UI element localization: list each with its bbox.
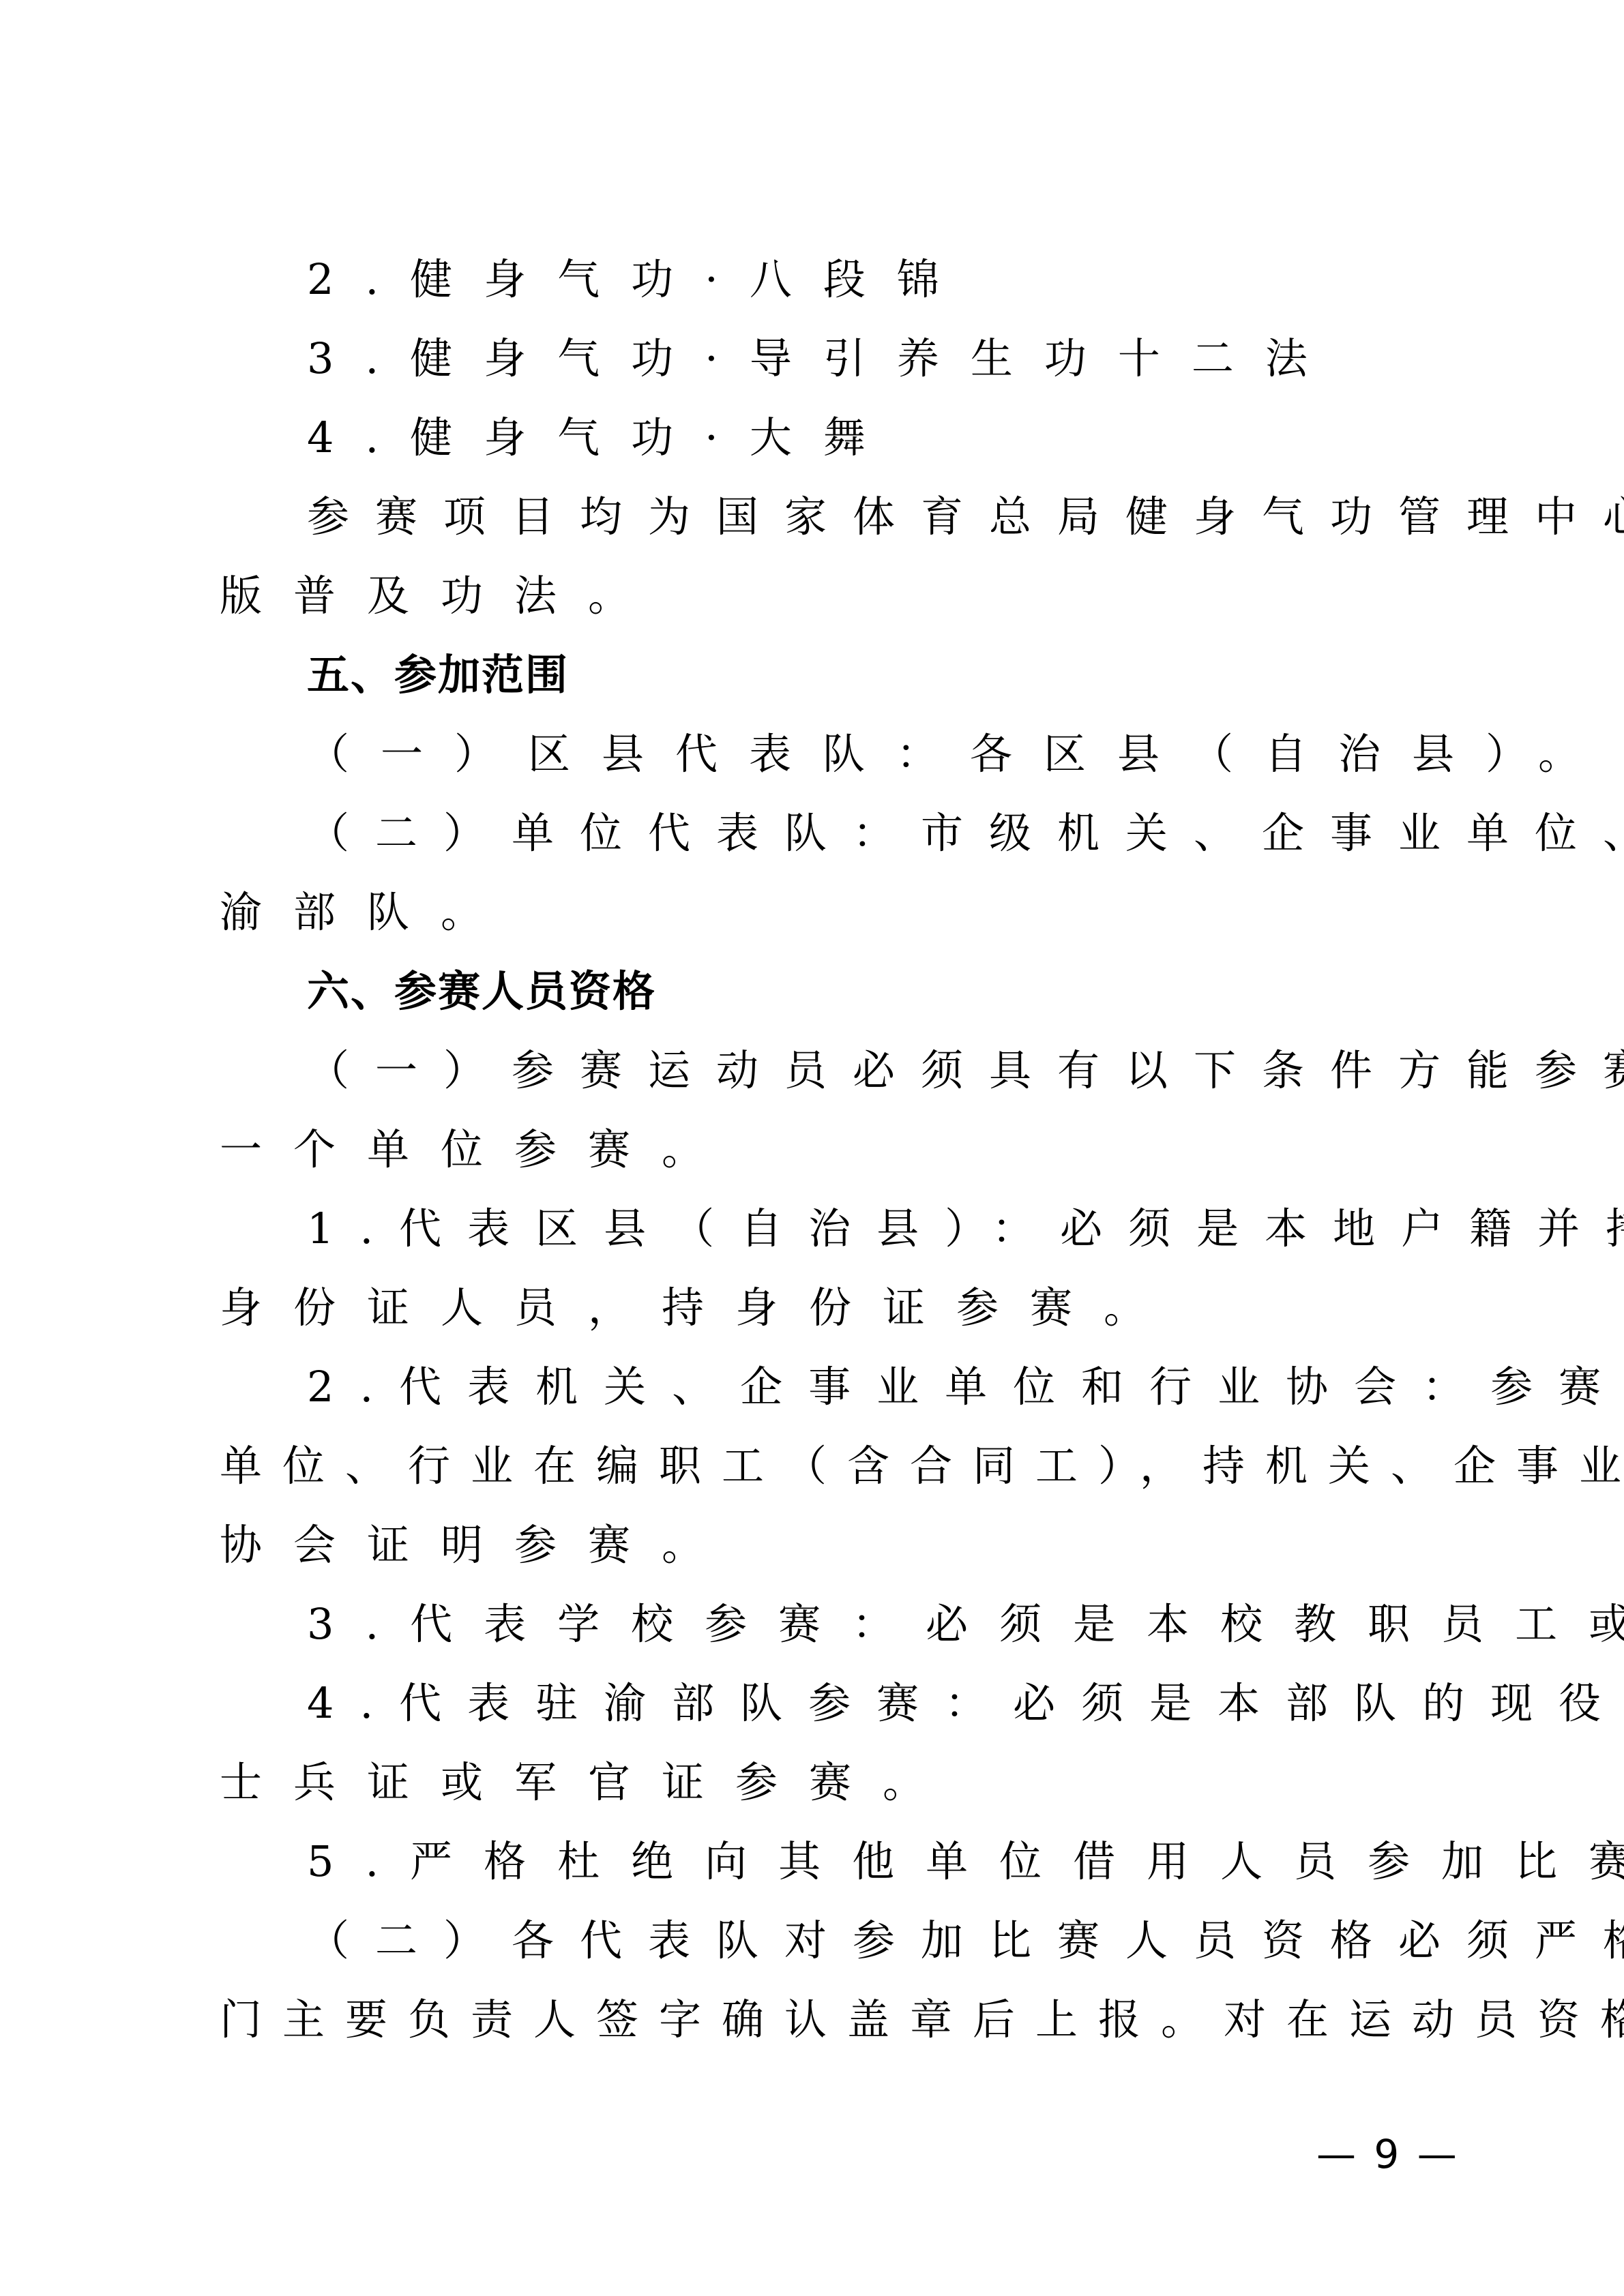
paragraph-line: 门主要负责人签字确认盖章后上报。对在运动员资格问题上弄虚: [220, 1980, 1413, 2059]
paragraph-line: 2.代表机关、企事业单位和行业协会：参赛运动员必须是本: [220, 1347, 1413, 1427]
document-body: 2.健身气功·八段锦 3.健身气功·导引养生功十二法 4.健身气功·大舞 参赛项…: [220, 240, 1413, 2059]
paragraph-line: 协会证明参赛。: [220, 1506, 1413, 1585]
paragraph-line: （二）各代表队对参加比赛人员资格必须严格审查，并经部: [220, 1901, 1413, 1980]
paragraph-line: （二）单位代表队：市级机关、企事业单位、行业协会、驻: [220, 794, 1413, 873]
paragraph-line: （一）区县代表队：各区县（自治县）。: [220, 715, 1413, 794]
paragraph-line: （一）参赛运动员必须具有以下条件方能参赛，且只能代表: [220, 1031, 1413, 1110]
paragraph-line: 3.代表学校参赛：必须是本校教职员工或在读学生。: [220, 1585, 1413, 1664]
list-item-dawu: 4.健身气功·大舞: [220, 398, 1413, 477]
paragraph-line: 身份证人员，持身份证参赛。: [220, 1268, 1413, 1347]
document-page: 2.健身气功·八段锦 3.健身气功·导引养生功十二法 4.健身气功·大舞 参赛项…: [0, 0, 1624, 2296]
paragraph-line: 版普及功法。: [220, 556, 1413, 636]
paragraph-line: 士兵证或军官证参赛。: [220, 1743, 1413, 1822]
section-heading-eligibility: 六、参赛人员资格: [220, 952, 1413, 1031]
paragraph-line: 4.代表驻渝部队参赛：必须是本部队的现役军人或武警，持: [220, 1664, 1413, 1743]
paragraph-line: 渝部队。: [220, 873, 1413, 952]
paragraph-line: 5.严格杜绝向其他单位借用人员参加比赛。: [220, 1822, 1413, 1901]
list-item-baduanjin: 2.健身气功·八段锦: [220, 240, 1413, 319]
paragraph-line: 参赛项目均为国家体育总局健身气功管理中心推广的缩短: [220, 477, 1413, 556]
section-heading-scope: 五、参加范围: [220, 636, 1413, 715]
paragraph-line: 一个单位参赛。: [220, 1110, 1413, 1189]
paragraph-line: 单位、行业在编职工（含合同工），持机关、企事业单位和行业: [220, 1427, 1413, 1506]
page-number: — 9 —: [1316, 2131, 1460, 2177]
paragraph-line: 1.代表区县（自治县）：必须是本地户籍并持有本区（县）: [220, 1189, 1413, 1268]
list-item-daoyin: 3.健身气功·导引养生功十二法: [220, 319, 1413, 398]
